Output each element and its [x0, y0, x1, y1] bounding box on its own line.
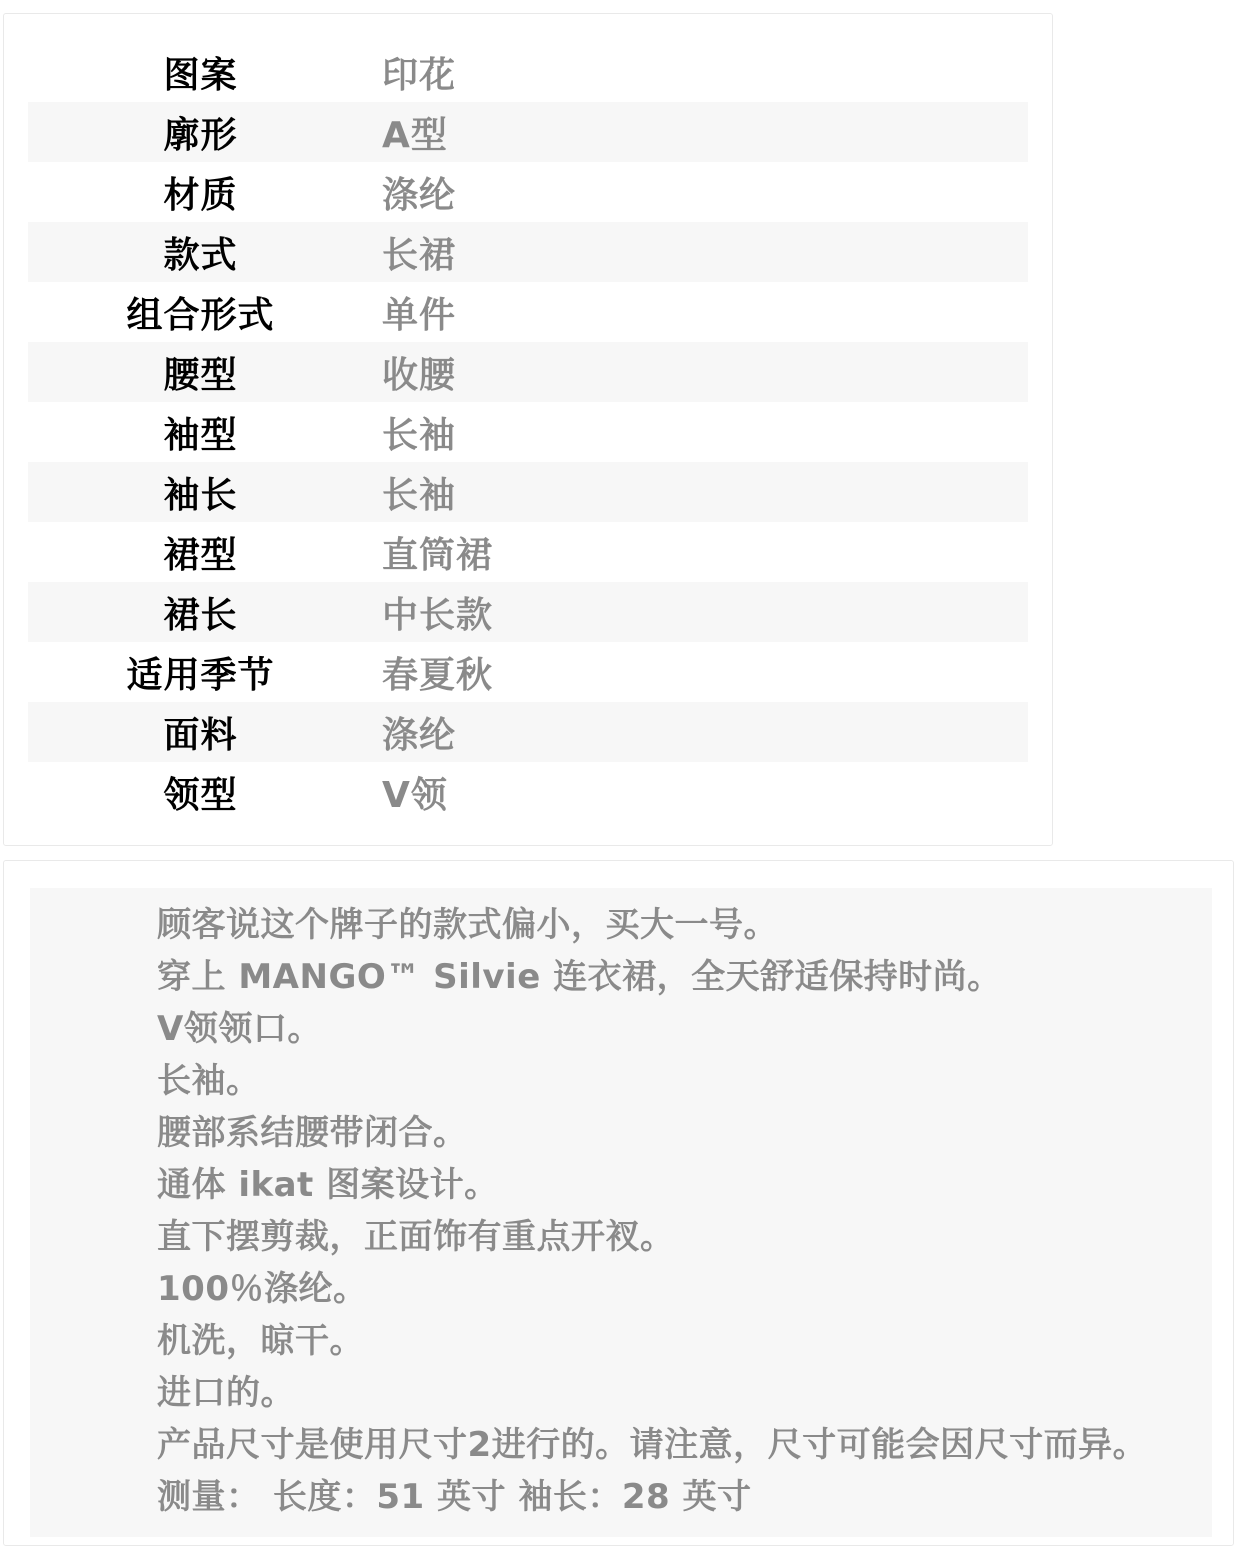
spec-attribute-label: 裙长: [28, 587, 373, 638]
description-panel: 顾客说这个牌子的款式偏小，买大一号。穿上 MANGO™ Silvie 连衣裙，全…: [3, 860, 1234, 1546]
description-line: 长袖。: [157, 1055, 1182, 1107]
spec-row: 腰型收腰: [28, 342, 1028, 402]
spec-row: 材质涤纶: [28, 162, 1028, 222]
spec-attribute-label: 裙型: [28, 527, 373, 578]
spec-attribute-label: 款式: [28, 227, 373, 278]
description-block: 顾客说这个牌子的款式偏小，买大一号。穿上 MANGO™ Silvie 连衣裙，全…: [30, 888, 1212, 1537]
product-detail-page: 图案印花廓形A型材质涤纶款式长裙组合形式单件腰型收腰袖型长袖袖长长袖裙型直筒裙裙…: [0, 0, 1239, 1546]
description-line: 100％涤纶。: [157, 1263, 1182, 1315]
spec-attribute-label: 袖型: [28, 407, 373, 458]
spec-attribute-label: 适用季节: [28, 647, 373, 698]
spec-attribute-value: 印花: [382, 47, 456, 98]
spec-attribute-label: 材质: [28, 167, 373, 218]
description-line: 进口的。: [157, 1367, 1182, 1419]
spec-attribute-value: 中长款: [382, 587, 493, 638]
spec-row: 袖型长袖: [28, 402, 1028, 462]
spec-row: 领型V领: [28, 762, 1028, 822]
spec-attribute-value: 单件: [382, 287, 456, 338]
spec-attribute-value: 收腰: [382, 347, 456, 398]
spec-attribute-value: 春夏秋: [382, 647, 493, 698]
description-line: 测量： 长度：51 英寸 袖长：28 英寸: [157, 1471, 1182, 1523]
description-line: 机洗，晾干。: [157, 1315, 1182, 1367]
description-line: 穿上 MANGO™ Silvie 连衣裙，全天舒适保持时尚。: [157, 951, 1182, 1003]
spec-row: 廓形A型: [28, 102, 1028, 162]
spec-card: 图案印花廓形A型材质涤纶款式长裙组合形式单件腰型收腰袖型长袖袖长长袖裙型直筒裙裙…: [3, 13, 1053, 846]
spec-row: 裙长中长款: [28, 582, 1028, 642]
spec-attribute-value: A型: [382, 107, 448, 158]
spec-attribute-label: 领型: [28, 767, 373, 818]
spec-attribute-label: 袖长: [28, 467, 373, 518]
spec-row: 适用季节春夏秋: [28, 642, 1028, 702]
spec-row: 裙型直筒裙: [28, 522, 1028, 582]
spec-attribute-label: 廓形: [28, 107, 373, 158]
spec-attribute-value: 长袖: [382, 467, 456, 518]
spec-row: 款式长裙: [28, 222, 1028, 282]
spec-attribute-value: V领: [382, 767, 448, 818]
spec-attribute-label: 腰型: [28, 347, 373, 398]
spec-row: 袖长长袖: [28, 462, 1028, 522]
spec-row: 组合形式单件: [28, 282, 1028, 342]
spec-attribute-value: 长袖: [382, 407, 456, 458]
spec-attribute-value: 涤纶: [382, 707, 456, 758]
description-line: V领领口。: [157, 1003, 1182, 1055]
spec-attribute-label: 面料: [28, 707, 373, 758]
spec-row: 面料涤纶: [28, 702, 1028, 762]
description-line: 腰部系结腰带闭合。: [157, 1107, 1182, 1159]
spec-row: 图案印花: [28, 42, 1028, 102]
spec-attribute-value: 直筒裙: [382, 527, 493, 578]
description-line: 产品尺寸是使用尺寸2进行的。请注意，尺寸可能会因尺寸而异。: [157, 1419, 1182, 1471]
description-line: 顾客说这个牌子的款式偏小，买大一号。: [157, 899, 1182, 951]
spec-attribute-label: 图案: [28, 47, 373, 98]
spec-attribute-label: 组合形式: [28, 287, 373, 338]
spec-attribute-value: 长裙: [382, 227, 456, 278]
description-line: 直下摆剪裁，正面饰有重点开衩。: [157, 1211, 1182, 1263]
description-line: 通体 ikat 图案设计。: [157, 1159, 1182, 1211]
spec-table: 图案印花廓形A型材质涤纶款式长裙组合形式单件腰型收腰袖型长袖袖长长袖裙型直筒裙裙…: [28, 42, 1028, 822]
spec-attribute-value: 涤纶: [382, 167, 456, 218]
